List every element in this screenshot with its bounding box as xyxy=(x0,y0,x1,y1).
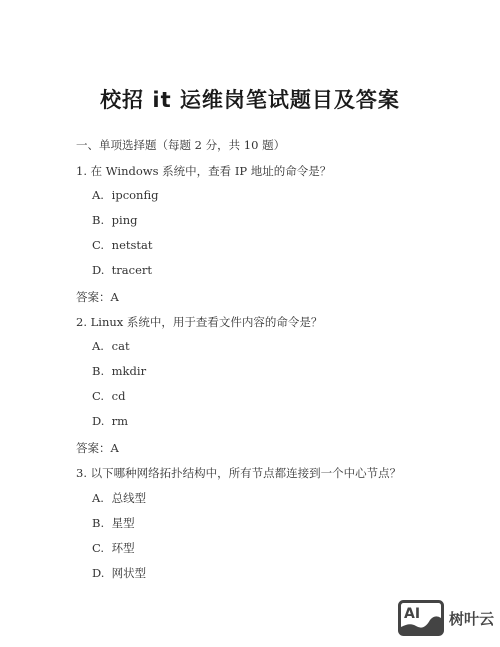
question-2-option-c: C. cd xyxy=(92,389,125,403)
question-3: 3. 以下哪种网络拓扑结构中，所有节点都连接到一个中心节点？ xyxy=(76,465,401,481)
option-text: 星型 xyxy=(112,516,135,530)
option-label: B. xyxy=(92,516,108,530)
option-label: B. xyxy=(92,364,108,378)
option-text: 网状型 xyxy=(112,566,147,580)
question-1-option-a: A. ipconfig xyxy=(92,188,159,202)
option-label: C. xyxy=(92,389,108,403)
option-label: D. xyxy=(92,263,108,277)
option-label: D. xyxy=(92,414,108,428)
question-2-answer: 答案：A xyxy=(76,440,119,456)
question-2-option-a: A. cat xyxy=(92,339,130,353)
question-2-option-b: B. mkdir xyxy=(92,364,146,378)
question-2: 2. Linux 系统中，用于查看文件内容的命令是？ xyxy=(76,314,322,330)
option-text: cd xyxy=(112,389,126,403)
option-label: B. xyxy=(92,213,108,227)
option-label: C. xyxy=(92,238,108,252)
watermark: AI 树叶云 xyxy=(398,600,494,636)
option-label: A. xyxy=(92,188,108,202)
option-text: cat xyxy=(112,339,130,353)
option-label: A. xyxy=(92,491,108,505)
question-3-option-c: C. 环型 xyxy=(92,540,135,556)
option-text: 环型 xyxy=(112,541,135,555)
option-text: ping xyxy=(112,213,138,227)
option-label: A. xyxy=(92,339,108,353)
question-3-option-d: D. 网状型 xyxy=(92,565,146,581)
option-text: rm xyxy=(112,414,128,428)
section-heading: 一、单项选择题（每题 2 分，共 10 题） xyxy=(76,137,285,153)
option-text: mkdir xyxy=(112,364,146,378)
question-1-option-c: C. netstat xyxy=(92,238,153,252)
ai-image-logo-icon: AI xyxy=(398,600,444,636)
question-3-option-b: B. 星型 xyxy=(92,515,135,531)
option-text: ipconfig xyxy=(112,188,159,202)
document-title: 校招 it 运维岗笔试题目及答案 xyxy=(0,84,500,114)
option-text: 总线型 xyxy=(112,491,147,505)
option-text: tracert xyxy=(112,263,152,277)
option-label: C. xyxy=(92,541,108,555)
question-1: 1. 在 Windows 系统中，查看 IP 地址的命令是？ xyxy=(76,163,331,179)
question-1-option-d: D. tracert xyxy=(92,263,152,277)
question-3-option-a: A. 总线型 xyxy=(92,490,146,506)
question-1-option-b: B. ping xyxy=(92,213,137,227)
svg-text:AI: AI xyxy=(404,606,420,622)
question-1-answer: 答案：A xyxy=(76,289,119,305)
question-2-option-d: D. rm xyxy=(92,414,128,428)
option-text: netstat xyxy=(112,238,153,252)
option-label: D. xyxy=(92,566,108,580)
watermark-brand: 树叶云 xyxy=(449,608,494,629)
